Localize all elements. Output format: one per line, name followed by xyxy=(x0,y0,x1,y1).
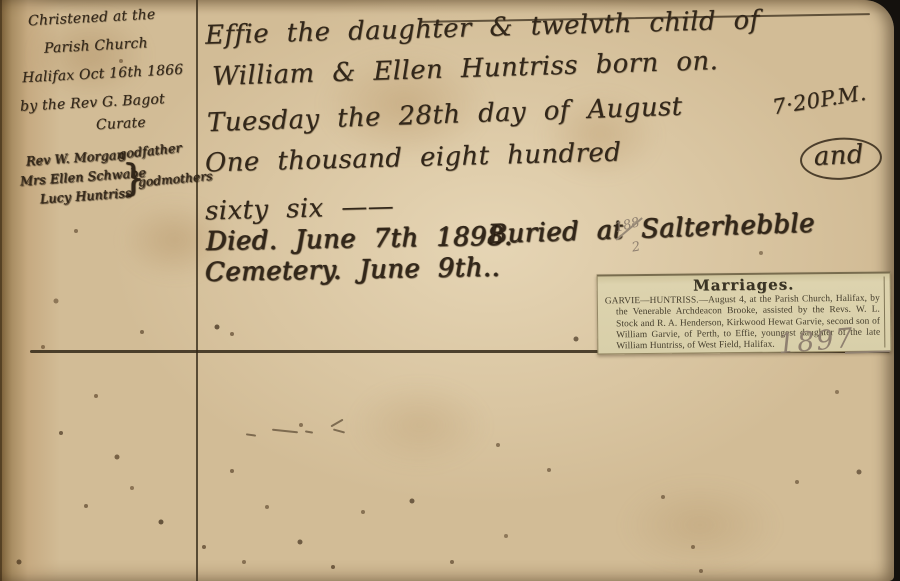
burial-note-line: Cemetery. June 9th.. xyxy=(205,252,501,287)
entry-circled-word: and xyxy=(789,136,883,183)
entry-line: sixty six —— xyxy=(205,192,395,227)
register-page-scan: Christened at the Parish Church Halifax … xyxy=(0,0,900,581)
death-note-line: Died. June 7th 1898. xyxy=(206,221,513,256)
circled-and: and xyxy=(799,136,883,182)
foxing-specks xyxy=(0,0,2,2)
margin-note-line: Curate xyxy=(96,115,147,134)
margin-rule-vertical-line xyxy=(196,0,198,581)
clipping-title: Marriages. xyxy=(598,274,890,295)
